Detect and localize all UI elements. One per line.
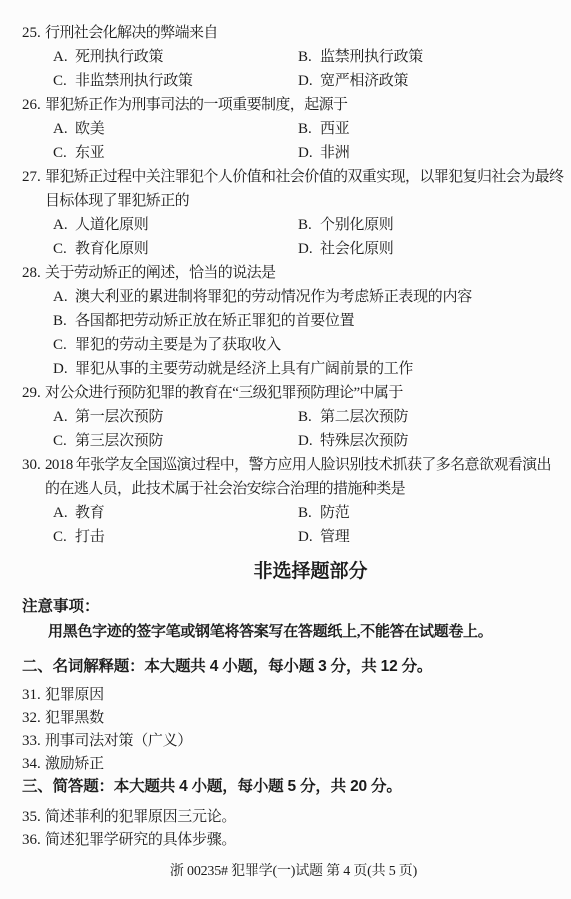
option-26-A: A.欧美 xyxy=(53,117,298,141)
item-number: 32. xyxy=(22,707,45,730)
item-text: 简述菲利的犯罪原因三元论。 xyxy=(45,806,236,829)
option-text: 各国都把劳动矫正放在矫正罪犯的首要位置 xyxy=(75,309,354,333)
option-label: D. xyxy=(298,237,320,261)
short-answer-items: 35.简述菲利的犯罪原因三元论。36.简述犯罪学研究的具体步骤。 xyxy=(22,806,565,852)
page-footer: 浙 00235# 犯罪学(一)试题 第 4 页(共 5 页) xyxy=(22,862,565,882)
option-text: 非洲 xyxy=(320,141,349,165)
non-mc-section-heading: 非选择题部分 xyxy=(39,559,571,585)
question-stem: 2018 年张学友全国巡演过程中，警方应用人脸识别技术抓获了多名意欲观看演出的在… xyxy=(45,453,565,501)
option-27-B: B.个别化原则 xyxy=(298,213,565,237)
glossary-items: 31.犯罪原因32.犯罪黑数33.刑事司法对策（广义）34.激励矫正 xyxy=(22,684,565,776)
option-label: B. xyxy=(298,213,320,237)
option-label: B. xyxy=(53,309,75,333)
option-25-D: D.宽严相济政策 xyxy=(298,69,565,93)
option-28-B: B.各国都把劳动矫正放在矫正罪犯的首要位置 xyxy=(53,309,565,333)
option-25-B: B.监禁刑执行政策 xyxy=(298,45,565,69)
question-stem: 罪犯矫正过程中关注罪犯个人价值和社会价值的双重实现，以罪犯复归社会为最终目标体现… xyxy=(45,165,565,213)
glossary-item-34: 34.激励矫正 xyxy=(22,753,565,776)
option-27-D: D.社会化原则 xyxy=(298,237,565,261)
option-text: 澳大利亚的累进制将罪犯的劳动情况作为考虑矫正表现的内容 xyxy=(75,285,472,309)
glossary-item-32: 32.犯罪黑数 xyxy=(22,707,565,730)
option-26-D: D.非洲 xyxy=(298,141,565,165)
option-label: D. xyxy=(53,357,75,381)
question-stem: 行刑社会化解决的弊端来自 xyxy=(45,21,565,45)
glossary-section: 二、名词解释题：本大题共 4 小题，每小题 3 分，共 12 分。 31.犯罪原… xyxy=(22,656,565,776)
option-text: 罪犯的劳动主要是为了获取收入 xyxy=(75,333,281,357)
question-26: 26.罪犯矫正作为刑事司法的一项重要制度，起源于 xyxy=(22,93,565,117)
option-26-C: C.东亚 xyxy=(53,141,298,165)
question-29: 29.对公众进行预防犯罪的教育在“三级犯罪预防理论”中属于 xyxy=(22,381,565,405)
option-label: C. xyxy=(53,141,75,165)
item-text: 刑事司法对策（广义） xyxy=(45,730,192,753)
multiple-choice-section: 25.行刑社会化解决的弊端来自A.死刑执行政策B.监禁刑执行政策C.非监禁刑执行… xyxy=(22,21,565,549)
item-number: 33. xyxy=(22,730,45,753)
question-stem: 关于劳动矫正的阐述，恰当的说法是 xyxy=(45,261,565,285)
option-text: 人道化原则 xyxy=(75,213,149,237)
question-30: 30.2018 年张学友全国巡演过程中，警方应用人脸识别技术抓获了多名意欲观看演… xyxy=(22,453,565,501)
option-label: D. xyxy=(298,141,320,165)
option-28-D: D.罪犯从事的主要劳动就是经济上具有广阔前景的工作 xyxy=(53,357,565,381)
option-text: 非监禁刑执行政策 xyxy=(75,69,193,93)
notice-block: 注意事项： 用黑色字迹的签字笔或钢笔将答案写在答题纸上,不能答在试题卷上。 xyxy=(22,596,565,643)
option-label: C. xyxy=(53,429,75,453)
option-label: A. xyxy=(53,45,75,69)
question-number: 30. xyxy=(22,453,45,501)
glossary-item-31: 31.犯罪原因 xyxy=(22,684,565,707)
question-29-options: A.第一层次预防B.第二层次预防C.第三层次预防D.特殊层次预防 xyxy=(53,405,565,453)
option-text: 第一层次预防 xyxy=(75,405,163,429)
option-25-A: A.死刑执行政策 xyxy=(53,45,298,69)
option-30-C: C.打击 xyxy=(53,525,298,549)
option-29-A: A.第一层次预防 xyxy=(53,405,298,429)
option-label: A. xyxy=(53,501,75,525)
notice-title: 注意事项： xyxy=(22,596,565,618)
option-text: 个别化原则 xyxy=(320,213,394,237)
option-text: 欧美 xyxy=(75,117,104,141)
question-26-options: A.欧美B.西亚C.东亚D.非洲 xyxy=(53,117,565,165)
option-label: C. xyxy=(53,525,75,549)
option-label: A. xyxy=(53,117,75,141)
option-text: 打击 xyxy=(75,525,104,549)
option-text: 监禁刑执行政策 xyxy=(320,45,423,69)
option-28-A: A.澳大利亚的累进制将罪犯的劳动情况作为考虑矫正表现的内容 xyxy=(53,285,565,309)
question-30-options: A.教育B.防范C.打击D.管理 xyxy=(53,501,565,549)
question-28-options: A.澳大利亚的累进制将罪犯的劳动情况作为考虑矫正表现的内容B.各国都把劳动矫正放… xyxy=(53,285,565,381)
item-number: 31. xyxy=(22,684,45,707)
option-30-D: D.管理 xyxy=(298,525,565,549)
option-text: 特殊层次预防 xyxy=(320,429,408,453)
item-number: 36. xyxy=(22,829,45,852)
option-25-C: C.非监禁刑执行政策 xyxy=(53,69,298,93)
option-28-C: C.罪犯的劳动主要是为了获取收入 xyxy=(53,333,565,357)
option-29-B: B.第二层次预防 xyxy=(298,405,565,429)
question-number: 26. xyxy=(22,93,45,117)
question-25: 25.行刑社会化解决的弊端来自 xyxy=(22,21,565,45)
question-stem: 罪犯矫正作为刑事司法的一项重要制度，起源于 xyxy=(45,93,565,117)
glossary-item-33: 33.刑事司法对策（广义） xyxy=(22,730,565,753)
option-text: 教育化原则 xyxy=(75,237,149,261)
option-label: C. xyxy=(53,333,75,357)
short-answer-section-heading: 三、简答题：本大题共 4 小题，每小题 5 分，共 20 分。 xyxy=(22,776,565,798)
option-label: C. xyxy=(53,237,75,261)
item-text: 犯罪原因 xyxy=(45,684,104,707)
option-text: 防范 xyxy=(320,501,349,525)
question-25-options: A.死刑执行政策B.监禁刑执行政策C.非监禁刑执行政策D.宽严相济政策 xyxy=(53,45,565,93)
option-27-C: C.教育化原则 xyxy=(53,237,298,261)
option-text: 管理 xyxy=(320,525,349,549)
notice-body: 用黑色字迹的签字笔或钢笔将答案写在答题纸上,不能答在试题卷上。 xyxy=(48,621,565,643)
question-27-options: A.人道化原则B.个别化原则C.教育化原则D.社会化原则 xyxy=(53,213,565,261)
question-number: 29. xyxy=(22,381,45,405)
option-label: D. xyxy=(298,525,320,549)
option-text: 东亚 xyxy=(75,141,104,165)
option-label: B. xyxy=(298,405,320,429)
option-text: 教育 xyxy=(75,501,104,525)
question-number: 25. xyxy=(22,21,45,45)
option-26-B: B.西亚 xyxy=(298,117,565,141)
option-text: 罪犯从事的主要劳动就是经济上具有广阔前景的工作 xyxy=(75,357,413,381)
item-number: 34. xyxy=(22,753,45,776)
option-text: 死刑执行政策 xyxy=(75,45,163,69)
short-answer-section: 三、简答题：本大题共 4 小题，每小题 5 分，共 20 分。 35.简述菲利的… xyxy=(22,776,565,852)
option-label: A. xyxy=(53,285,75,309)
option-30-A: A.教育 xyxy=(53,501,298,525)
option-label: A. xyxy=(53,213,75,237)
short-answer-item-35: 35.简述菲利的犯罪原因三元论。 xyxy=(22,806,565,829)
short-answer-item-36: 36.简述犯罪学研究的具体步骤。 xyxy=(22,829,565,852)
option-label: B. xyxy=(298,501,320,525)
option-text: 第二层次预防 xyxy=(320,405,408,429)
exam-page: 25.行刑社会化解决的弊端来自A.死刑执行政策B.监禁刑执行政策C.非监禁刑执行… xyxy=(0,0,571,899)
option-29-D: D.特殊层次预防 xyxy=(298,429,565,453)
option-label: A. xyxy=(53,405,75,429)
option-label: B. xyxy=(298,45,320,69)
option-label: B. xyxy=(298,117,320,141)
question-number: 27. xyxy=(22,165,45,213)
question-28: 28.关于劳动矫正的阐述，恰当的说法是 xyxy=(22,261,565,285)
question-27: 27.罪犯矫正过程中关注罪犯个人价值和社会价值的双重实现，以罪犯复归社会为最终目… xyxy=(22,165,565,213)
option-text: 社会化原则 xyxy=(320,237,394,261)
option-text: 宽严相济政策 xyxy=(320,69,408,93)
item-text: 犯罪黑数 xyxy=(45,707,104,730)
option-label: C. xyxy=(53,69,75,93)
option-label: D. xyxy=(298,429,320,453)
option-29-C: C.第三层次预防 xyxy=(53,429,298,453)
item-text: 激励矫正 xyxy=(45,753,104,776)
glossary-section-heading: 二、名词解释题：本大题共 4 小题，每小题 3 分，共 12 分。 xyxy=(22,656,565,678)
item-number: 35. xyxy=(22,806,45,829)
option-27-A: A.人道化原则 xyxy=(53,213,298,237)
option-30-B: B.防范 xyxy=(298,501,565,525)
item-text: 简述犯罪学研究的具体步骤。 xyxy=(45,829,236,852)
question-number: 28. xyxy=(22,261,45,285)
option-text: 第三层次预防 xyxy=(75,429,163,453)
question-stem: 对公众进行预防犯罪的教育在“三级犯罪预防理论”中属于 xyxy=(45,381,565,405)
option-text: 西亚 xyxy=(320,117,349,141)
option-label: D. xyxy=(298,69,320,93)
